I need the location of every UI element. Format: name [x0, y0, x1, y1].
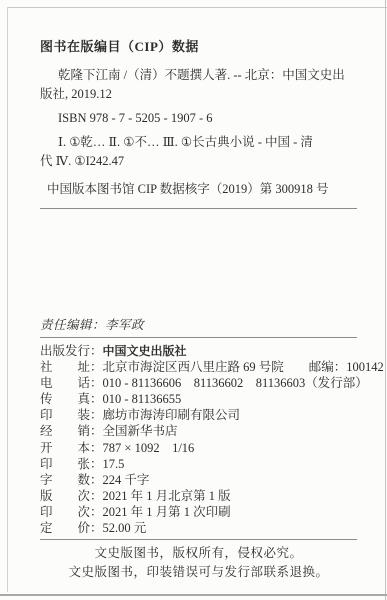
- pub-value: 787 × 1092 1/16: [103, 441, 195, 455]
- cip-classification-line-2: 代 Ⅳ. ①I242.47: [40, 152, 357, 171]
- responsible-editor-label: 责任编辑：: [40, 318, 105, 332]
- pub-row-word-count: 字 数：224 千字: [40, 472, 357, 488]
- pub-value: 廊坊市海涛印刷有限公司: [103, 408, 241, 422]
- pub-row-phone: 电 话：010 - 81136606 81136602 81136603（发行部…: [40, 375, 357, 391]
- cip-classification-line-1: Ⅰ. ①乾… Ⅱ. ①不… Ⅲ. ①长古典小说 - 中国 - 清: [40, 133, 357, 152]
- pub-value: 全国新华书店: [103, 424, 178, 438]
- cip-bibliographic-line-2: 版社, 2019.12: [40, 85, 357, 104]
- pub-label: 定 价：: [40, 520, 103, 536]
- pub-value: 北京市海淀区西八里庄路 69 号院 邮编：100142: [103, 360, 384, 374]
- copyright-page: 图书在版编目（CIP）数据 乾隆下江南 /（清）不题撰人著. -- 北京：中国文…: [0, 0, 387, 600]
- publication-info-list: 出版发行：中国文史出版社 社 址：北京市海淀区西八里庄路 69 号院 邮编：10…: [40, 343, 357, 536]
- pub-value: 010 - 81136606 81136602 81136603（发行部）: [103, 376, 368, 390]
- pub-value: 中国文史出版社: [103, 344, 187, 358]
- pub-label: 开 本：: [40, 440, 103, 456]
- pub-value: 2021 年 1 月第 1 次印刷: [103, 505, 231, 519]
- return-policy-notice: 文史版图书，印装错误可与发行部联系退换。: [40, 563, 357, 582]
- pub-row-printer: 印 装：廊坊市海涛印刷有限公司: [40, 407, 357, 423]
- divider-under-editor: [40, 337, 357, 338]
- pub-row-impression: 印 次：2021 年 1 月第 1 次印刷: [40, 504, 357, 520]
- pub-label: 印 装：: [40, 407, 103, 423]
- pub-value: 17.5: [103, 457, 125, 471]
- page-edge-top-line: [7, 7, 387, 8]
- pub-row-edition: 版 次：2021 年 1 月北京第 1 版: [40, 488, 357, 504]
- page-edge-right-line: [385, 0, 386, 600]
- page-content: 图书在版编目（CIP）数据 乾隆下江南 /（清）不题撰人著. -- 北京：中国文…: [40, 36, 357, 581]
- pub-value: 224 千字: [103, 473, 150, 487]
- pub-value: 52.00 元: [103, 521, 147, 535]
- pub-label: 字 数：: [40, 472, 103, 488]
- divider-under-cip: [40, 208, 357, 209]
- pub-label: 传 真：: [40, 391, 103, 407]
- pub-row-format: 开 本：787 × 1092 1/16: [40, 440, 357, 456]
- pub-label: 电 话：: [40, 375, 103, 391]
- pub-row-distributor: 经 销：全国新华书店: [40, 423, 357, 439]
- pub-label: 社 址：: [40, 359, 103, 375]
- pub-row-publisher: 出版发行：中国文史出版社: [40, 343, 357, 359]
- divider-above-footer: [40, 539, 357, 540]
- footer-notices: 文史版图书，版权所有，侵权必究。 文史版图书，印装错误可与发行部联系退换。: [40, 544, 357, 581]
- responsible-editor-line: 责任编辑：李军政: [40, 315, 357, 335]
- pub-label: 经 销：: [40, 423, 103, 439]
- pub-label: 版 次：: [40, 488, 103, 504]
- page-edge-bottom-line: [0, 594, 387, 596]
- pub-value: 2021 年 1 月北京第 1 版: [103, 489, 231, 503]
- cip-heading: 图书在版编目（CIP）数据: [40, 36, 357, 55]
- pub-label: 出版发行：: [40, 343, 103, 359]
- cip-record-number: 中国版本图书馆 CIP 数据核字（2019）第 300918 号: [40, 180, 357, 198]
- cip-bibliographic-line-1: 乾隆下江南 /（清）不题撰人著. -- 北京：中国文史出: [40, 66, 357, 85]
- pub-label: 印 张：: [40, 456, 103, 472]
- pub-row-price: 定 价：52.00 元: [40, 520, 357, 536]
- cip-isbn-line: ISBN 978 - 7 - 5205 - 1907 - 6: [40, 109, 357, 128]
- copyright-notice: 文史版图书，版权所有，侵权必究。: [40, 544, 357, 563]
- page-edge-left-line: [7, 7, 8, 592]
- pub-row-address: 社 址：北京市海淀区西八里庄路 69 号院 邮编：100142: [40, 359, 357, 375]
- pub-row-fax: 传 真：010 - 81136655: [40, 391, 357, 407]
- pub-label: 印 次：: [40, 504, 103, 520]
- pub-value: 010 - 81136655: [103, 392, 182, 406]
- responsible-editor-name: 李军政: [105, 318, 144, 332]
- pub-row-sheets: 印 张：17.5: [40, 456, 357, 472]
